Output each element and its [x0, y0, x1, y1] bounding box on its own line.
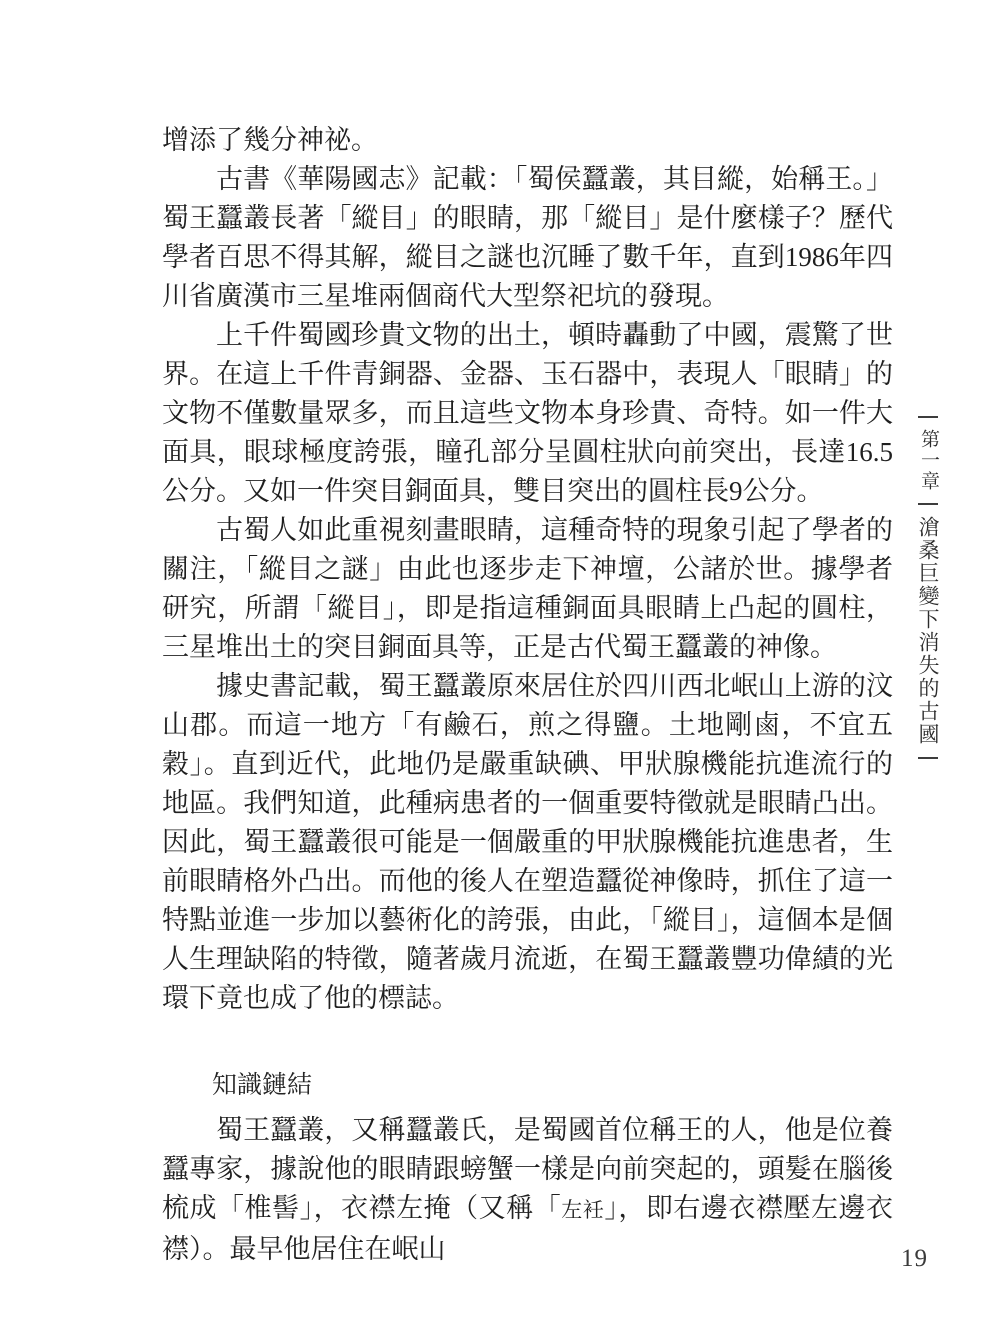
chapter-number-label: 第一章 [913, 429, 943, 492]
separator-dash [918, 757, 938, 759]
body-paragraph: 上千件蜀國珍貴文物的出土，頓時轟動了中國，震驚了世界。在這上千件青銅器、金器、玉… [162, 316, 893, 511]
separator-dash [918, 503, 938, 505]
book-page: 增添了幾分神祕。 古書《華陽國志》記載：「蜀侯蠶叢，其目縱，始稱王。」蜀王蠶叢長… [0, 0, 1000, 1341]
knowledge-link-heading: 知識鏈結 [162, 1070, 893, 1100]
main-text-block: 增添了幾分神祕。 古書《華陽國志》記載：「蜀侯蠶叢，其目縱，始稱王。」蜀王蠶叢長… [162, 121, 893, 1269]
knowledge-paragraph: 蜀王蠶叢，又稱蠶叢氏，是蜀國首位稱王的人，他是位養蠶專家，據說他的眼睛跟螃蟹一樣… [162, 1111, 893, 1269]
chapter-title: 滄桑巨變下消失的古國 [913, 516, 943, 746]
body-paragraph-continuation: 增添了幾分神祕。 [162, 121, 893, 160]
page-number: 19 [901, 1244, 928, 1274]
term-zuoren: 左衽 [561, 1198, 604, 1222]
separator-dash [918, 416, 938, 418]
body-paragraph: 古蜀人如此重視刻畫眼睛，這種奇特的現象引起了學者的關注，「縱目之謎」由此也逐步走… [162, 511, 893, 667]
body-paragraph: 古書《華陽國志》記載：「蜀侯蠶叢，其目縱，始稱王。」蜀王蠶叢長著「縱目」的眼睛，… [162, 160, 893, 316]
body-paragraph: 據史書記載，蜀王蠶叢原來居住於四川西北岷山上游的汶山郡。而這一地方「有鹼石，煎之… [162, 667, 893, 1018]
chapter-sidebar: 第一章 滄桑巨變下消失的古國 [913, 416, 943, 759]
